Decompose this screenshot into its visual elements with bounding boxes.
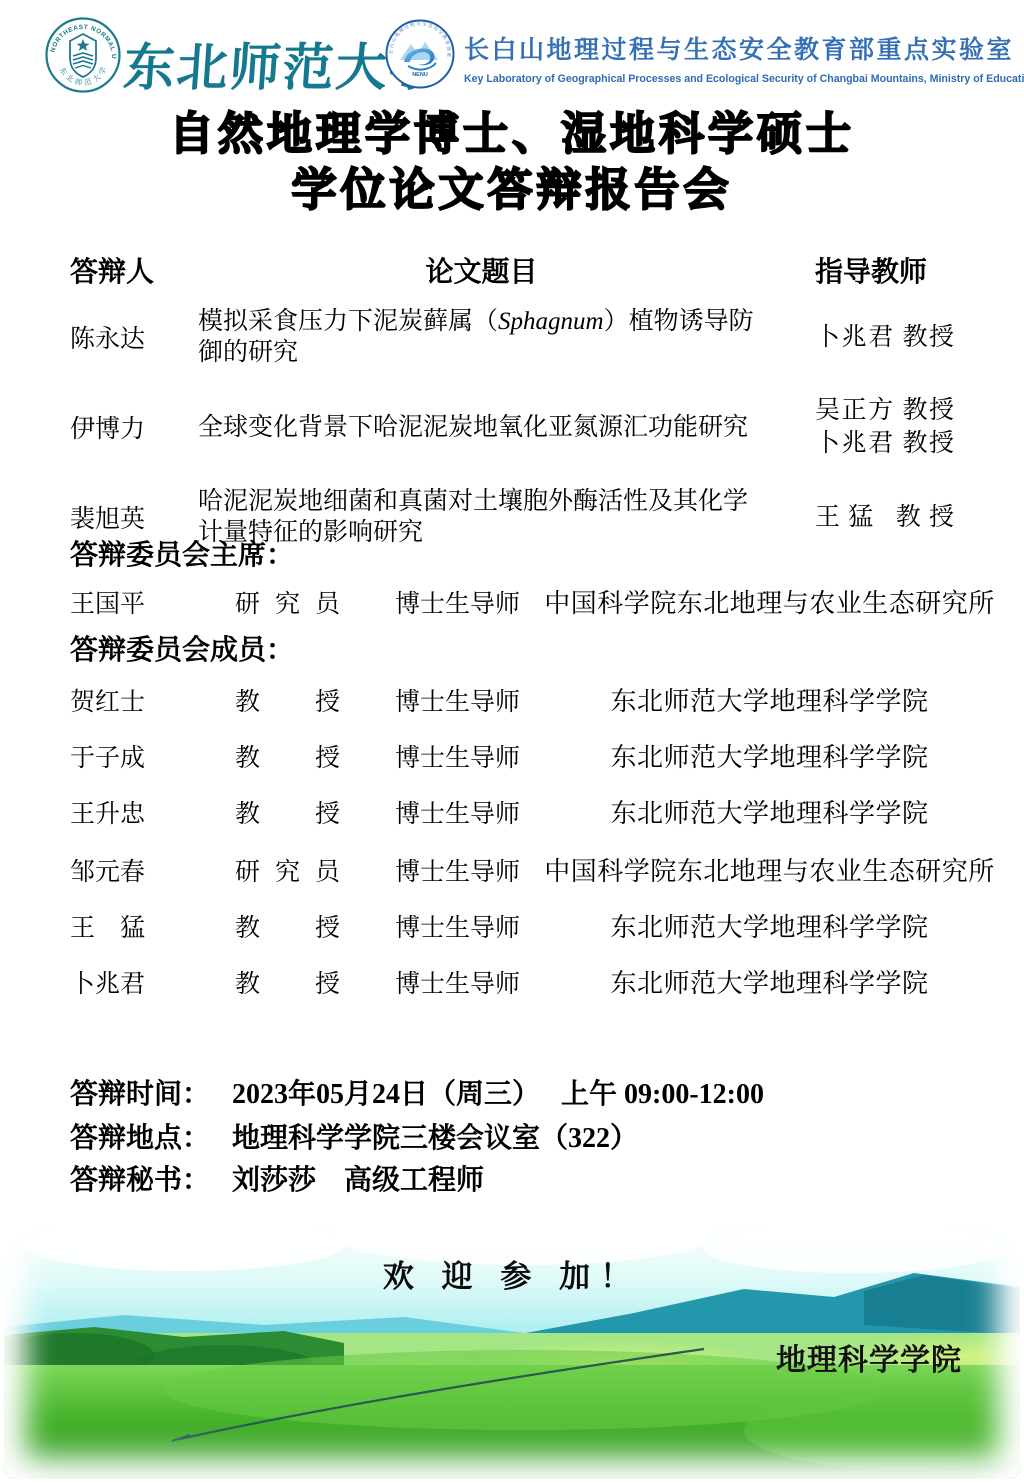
venue-label: 答辩地点： [70,1123,210,1154]
advisor-name: 王猛 教授 [815,501,954,534]
member-row: 邹元春 研究员 博士生导师 中国科学院东北地理与农业生态研究所 [0,851,1024,888]
thesis-latin-name: Sphagnum [498,308,604,335]
chair-label: 答辩委员会主席： [70,533,294,573]
member-role: 博士生导师 [395,964,525,1000]
poster-page: NORTHEAST NORMAL UNIVERSITY 东北师范大学 东北师范大… [0,0,1024,1483]
thesis-text: 模拟采食压力下泥炭藓属（ [198,308,498,335]
defender-name: 裴旭英 [70,499,145,535]
lab-logo-icon: 长白山地理过程与生态安全教育部重点实验室 NENU [384,18,456,90]
defender-name: 陈永达 [70,319,145,355]
school-signature: 地理科学学院 [776,1335,962,1379]
member-role: 博士生导师 [395,852,525,888]
member-role: 博士生导师 [395,584,525,620]
member-name: 王猛 [70,908,145,944]
main-title-line1: 自然地理学博士、湿地科学硕士 [0,106,1024,162]
member-name: 王国平 [70,584,145,620]
time-label: 答辩时间： [70,1079,210,1110]
advisor-name: 卜兆君 教授 [815,321,954,354]
member-affiliation: 东北师范大学地理科学学院 [525,681,1014,718]
defense-time: 答辩时间：2023年05月24日（周三） 上午 09:00-12:00 [70,1072,764,1112]
member-affiliation: 东北师范大学地理科学学院 [525,963,1014,1000]
university-seal-icon: NORTHEAST NORMAL UNIVERSITY 东北师范大学 [44,16,122,94]
table-row: 伊博力 全球变化背景下哈泥泥炭地氧化亚氮源汇功能研究 吴正方 教授 卜兆君 教授 [70,394,954,460]
university-name: 东北师范大学 [121,26,376,100]
member-position: 教授 [235,908,340,944]
defense-table-header: 答辩人 论文题目 指导教师 [70,250,954,290]
chair-row: 王国平 研究员 博士生导师 中国科学院东北地理与农业生态研究所 [0,583,1024,620]
col-thesis: 论文题目 [198,250,765,290]
member-position: 教授 [235,964,340,1000]
member-name: 贺红士 [70,682,145,718]
member-name: 于子成 [70,738,145,774]
lab-title-block: 长白山地理过程与生态安全教育部重点实验室 Key Laboratory of G… [464,30,1016,85]
thesis-title: 全球变化背景下哈泥泥炭地氧化亚氮源汇功能研究 [198,412,765,443]
defender-name: 伊博力 [70,409,145,445]
member-role: 博士生导师 [395,738,525,774]
member-role: 博士生导师 [395,682,525,718]
member-name: 王升忠 [70,794,145,830]
member-row: 于子成 教授 博士生导师 东北师范大学地理科学学院 [0,737,1024,774]
header: NORTHEAST NORMAL UNIVERSITY 东北师范大学 东北师范大… [0,8,1024,100]
secretary-value: 刘莎莎 高级工程师 [232,1165,484,1196]
time-value: 2023年05月24日（周三） 上午 09:00-12:00 [232,1079,764,1110]
grassland-photo: 欢 迎 参 加！ 地理科学学院 [4,1215,1020,1479]
advisor-cell: 王猛 教授 [815,501,954,534]
member-position: 研究员 [235,852,340,888]
member-position: 研究员 [235,584,340,620]
member-row: 卜兆君 教授 博士生导师 东北师范大学地理科学学院 [0,963,1024,1000]
member-position: 教授 [235,738,340,774]
member-row: 贺红士 教授 博士生导师 东北师范大学地理科学学院 [0,681,1024,718]
member-position: 教授 [235,794,340,830]
advisor-cell: 卜兆君 教授 [815,321,954,354]
members-label: 答辩委员会成员： [70,628,294,668]
advisor-name: 吴正方 教授 [815,394,954,427]
col-defender: 答辩人 [70,250,198,290]
main-title: 自然地理学博士、湿地科学硕士 学位论文答辩报告会 [0,106,1024,218]
member-affiliation: 东北师范大学地理科学学院 [525,793,1014,830]
table-row: 陈永达 模拟采食压力下泥炭藓属（Sphagnum）植物诱导防御的研究 卜兆君 教… [70,306,954,368]
member-position: 教授 [235,682,340,718]
defense-secretary: 答辩秘书：刘莎莎 高级工程师 [70,1158,484,1198]
member-name: 邹元春 [70,852,145,888]
lab-name-cn: 长白山地理过程与生态安全教育部重点实验室 [464,30,1016,66]
member-row: 王猛 教授 博士生导师 东北师范大学地理科学学院 [0,907,1024,944]
member-row: 王升忠 教授 博士生导师 东北师范大学地理科学学院 [0,793,1024,830]
member-affiliation: 东北师范大学地理科学学院 [525,907,1014,944]
member-affiliation: 中国科学院东北地理与农业生态研究所 [525,851,1014,888]
member-affiliation: 东北师范大学地理科学学院 [525,737,1014,774]
member-role: 博士生导师 [395,908,525,944]
secretary-label: 答辩秘书： [70,1165,210,1196]
thesis-title: 模拟采食压力下泥炭藓属（Sphagnum）植物诱导防御的研究 [198,306,765,368]
member-affiliation: 中国科学院东北地理与农业生态研究所 [525,583,1014,620]
advisor-name: 卜兆君 教授 [815,427,954,460]
advisor-cell: 吴正方 教授 卜兆君 教授 [815,394,954,460]
defense-venue: 答辩地点：地理科学学院三楼会议室（322） [70,1116,638,1156]
venue-value: 地理科学学院三楼会议室（322） [232,1123,638,1154]
lab-name-en: Key Laboratory of Geographical Processes… [464,73,1016,85]
member-name: 卜兆君 [70,964,145,1000]
col-advisor: 指导教师 [815,250,954,290]
main-title-line2: 学位论文答辩报告会 [0,162,1024,218]
member-role: 博士生导师 [395,794,525,830]
lab-logo-caption: NENU [412,72,428,78]
welcome-text: 欢 迎 参 加！ [4,1251,1020,1296]
defense-table: 答辩人 论文题目 指导教师 陈永达 模拟采食压力下泥炭藓属（Sphagnum）植… [70,250,954,574]
